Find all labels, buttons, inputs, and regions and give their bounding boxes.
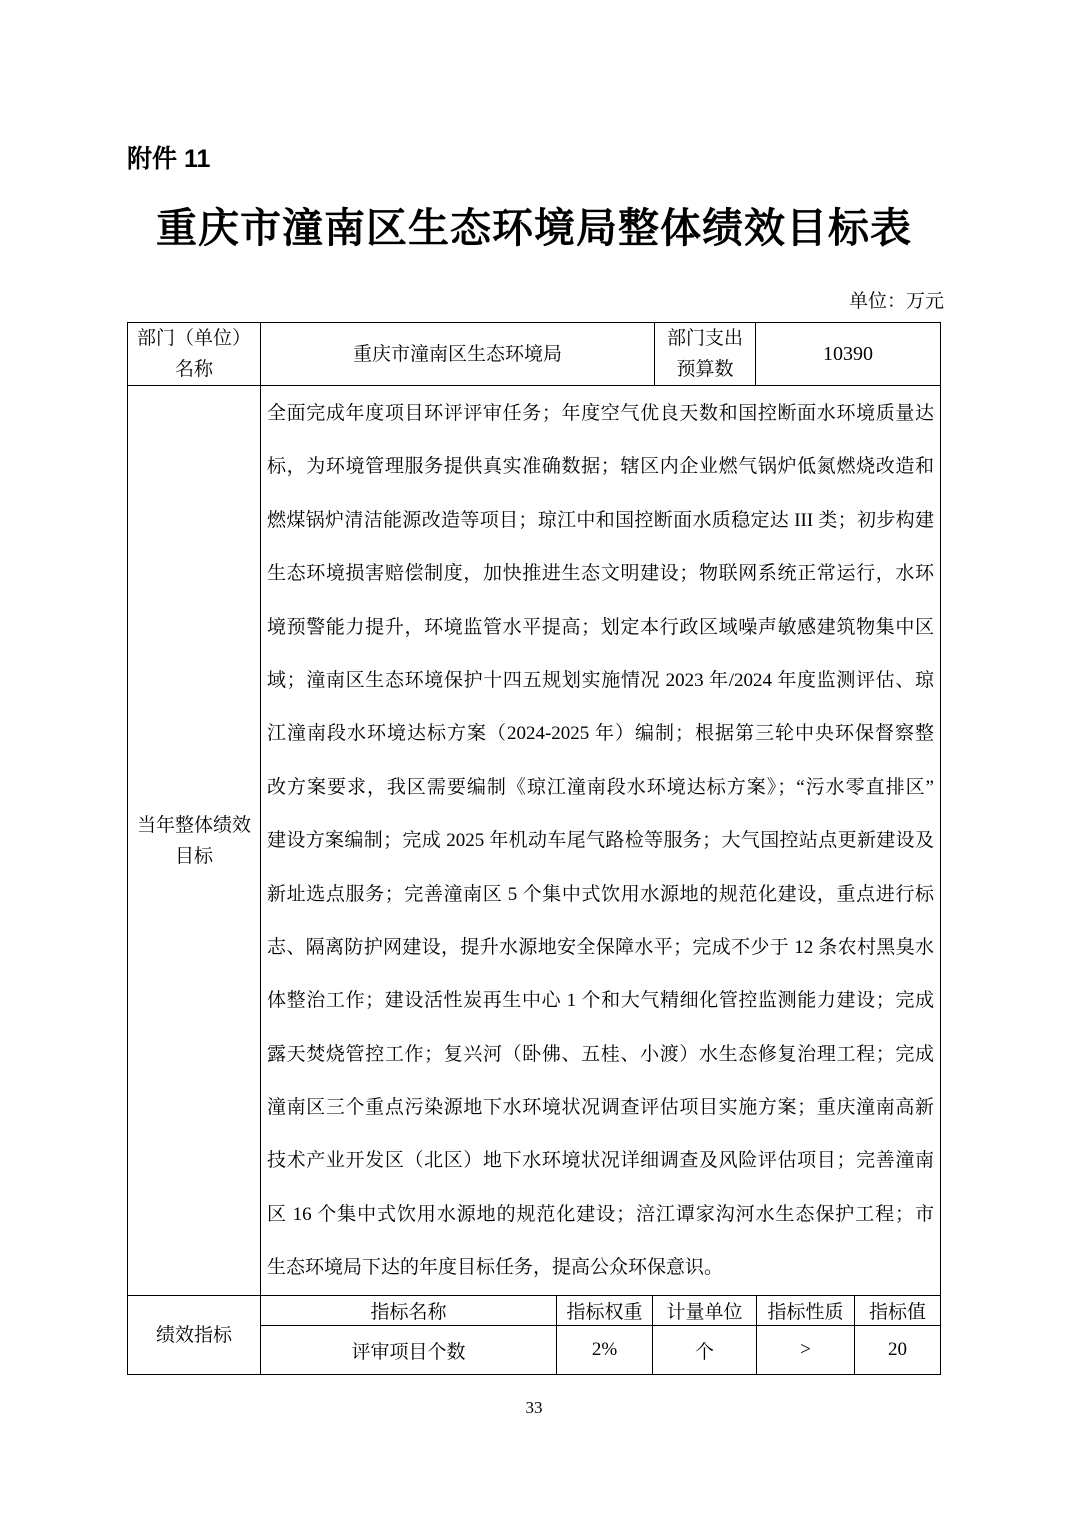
header-indicator-value: 指标值 (855, 1296, 940, 1325)
goal-label-line1: 当年整体绩效 (137, 810, 251, 841)
indicator-name-cell: 评审项目个数 (261, 1326, 557, 1374)
goal-row: 当年整体绩效 目标 全面完成年度项目环评评审任务；年度空气优良天数和国控断面水环… (128, 386, 940, 1296)
indicator-header-row: 指标名称 指标权重 计量单位 指标性质 指标值 (261, 1296, 940, 1326)
goal-line: 生态环境局下达的年度目标任务，提高公众环保意识。 (267, 1241, 934, 1294)
goal-label-line2: 目标 (175, 841, 213, 872)
goal-label-cell: 当年整体绩效 目标 (128, 386, 261, 1295)
indicator-data-row: 评审项目个数 2% 个 > 20 (261, 1326, 940, 1374)
goal-line: 江潼南段水环境达标方案（2024-2025 年）编制；根据第三轮中央环保督察整 (267, 707, 934, 760)
header-indicator-name: 指标名称 (261, 1296, 557, 1325)
department-label-cell: 部门（单位） 名称 (128, 323, 261, 385)
goal-line: 生态环境损害赔偿制度，加快推进生态文明建设；物联网系统正常运行，水环 (267, 547, 934, 600)
department-row: 部门（单位） 名称 重庆市潼南区生态环境局 部门支出 预算数 10390 (128, 323, 940, 386)
indicator-label-cell: 绩效指标 (128, 1296, 261, 1374)
goal-line: 区 16 个集中式饮用水源地的规范化建设；涪江谭家沟河水生态保护工程；市 (267, 1188, 934, 1241)
header-indicator-nature: 指标性质 (757, 1296, 855, 1325)
goal-line: 新址选点服务；完善潼南区 5 个集中式饮用水源地的规范化建设，重点进行标 (267, 868, 934, 921)
goal-text: 全面完成年度项目环评评审任务；年度空气优良天数和国控断面水环境质量达 标，为环境… (261, 386, 940, 1295)
indicator-label: 绩效指标 (156, 1320, 232, 1351)
header-indicator-weight: 指标权重 (557, 1296, 653, 1325)
header-measure-unit: 计量单位 (653, 1296, 757, 1325)
department-label-line2: 名称 (175, 354, 213, 385)
indicator-value-cell: 20 (855, 1326, 940, 1374)
attachment-label: 附件 11 (127, 139, 210, 175)
budget-label-line2: 预算数 (676, 354, 733, 385)
goal-line: 技术产业开发区（北区）地下水环境状况详细调查及风险评估项目；完善潼南 (267, 1134, 934, 1187)
goal-line: 域；潼南区生态环境保护十四五规划实施情况 2023 年/2024 年度监测评估、… (267, 654, 934, 707)
goal-line: 志、隔离防护网建设，提升水源地安全保障水平；完成不少于 12 条农村黑臭水 (267, 921, 934, 974)
department-name: 重庆市潼南区生态环境局 (353, 339, 562, 370)
goal-line: 露天焚烧管控工作；复兴河（卧佛、五桂、小渡）水生态修复治理工程；完成 (267, 1028, 934, 1081)
department-name-cell: 重庆市潼南区生态环境局 (261, 323, 655, 385)
page-title: 重庆市潼南区生态环境局整体绩效目标表 (127, 195, 941, 254)
goal-line: 境预警能力提升，环境监管水平提高；划定本行政区域噪声敏感建筑物集中区 (267, 601, 934, 654)
goal-line: 建设方案编制；完成 2025 年机动车尾气路检等服务；大气国控站点更新建设及 (267, 814, 934, 867)
budget-label-line1: 部门支出 (667, 323, 743, 354)
budget-value: 10390 (823, 339, 873, 370)
goal-line: 全面完成年度项目环评评审任务；年度空气优良天数和国控断面水环境质量达 (267, 387, 934, 440)
indicator-subtable: 指标名称 指标权重 计量单位 指标性质 指标值 评审项目个数 2% 个 > 20 (261, 1296, 940, 1374)
indicator-nature-cell: > (757, 1326, 855, 1374)
unit-note: 单位：万元 (127, 286, 944, 313)
department-label-line1: 部门（单位） (137, 323, 251, 354)
page-number: 33 (127, 1398, 941, 1418)
budget-label-cell: 部门支出 预算数 (655, 323, 756, 385)
goal-line: 潼南区三个重点污染源地下水环境状况调查评估项目实施方案；重庆潼南高新 (267, 1081, 934, 1134)
indicator-unit-cell: 个 (653, 1326, 757, 1374)
goal-line: 标，为环境管理服务提供真实准确数据；辖区内企业燃气锅炉低氮燃烧改造和 (267, 440, 934, 493)
indicator-row: 绩效指标 指标名称 指标权重 计量单位 指标性质 指标值 评审项目个数 2% 个… (128, 1296, 940, 1374)
performance-goal-table: 部门（单位） 名称 重庆市潼南区生态环境局 部门支出 预算数 10390 当年整… (127, 322, 941, 1375)
budget-value-cell: 10390 (756, 323, 940, 385)
goal-line: 改方案要求，我区需要编制《琼江潼南段水环境达标方案》；“污水零直排区” (267, 761, 934, 814)
goal-line: 体整治工作；建设活性炭再生中心 1 个和大气精细化管控监测能力建设；完成 (267, 974, 934, 1027)
goal-line: 燃煤锅炉清洁能源改造等项目；琼江中和国控断面水质稳定达 III 类；初步构建 (267, 494, 934, 547)
indicator-weight-cell: 2% (557, 1326, 653, 1374)
